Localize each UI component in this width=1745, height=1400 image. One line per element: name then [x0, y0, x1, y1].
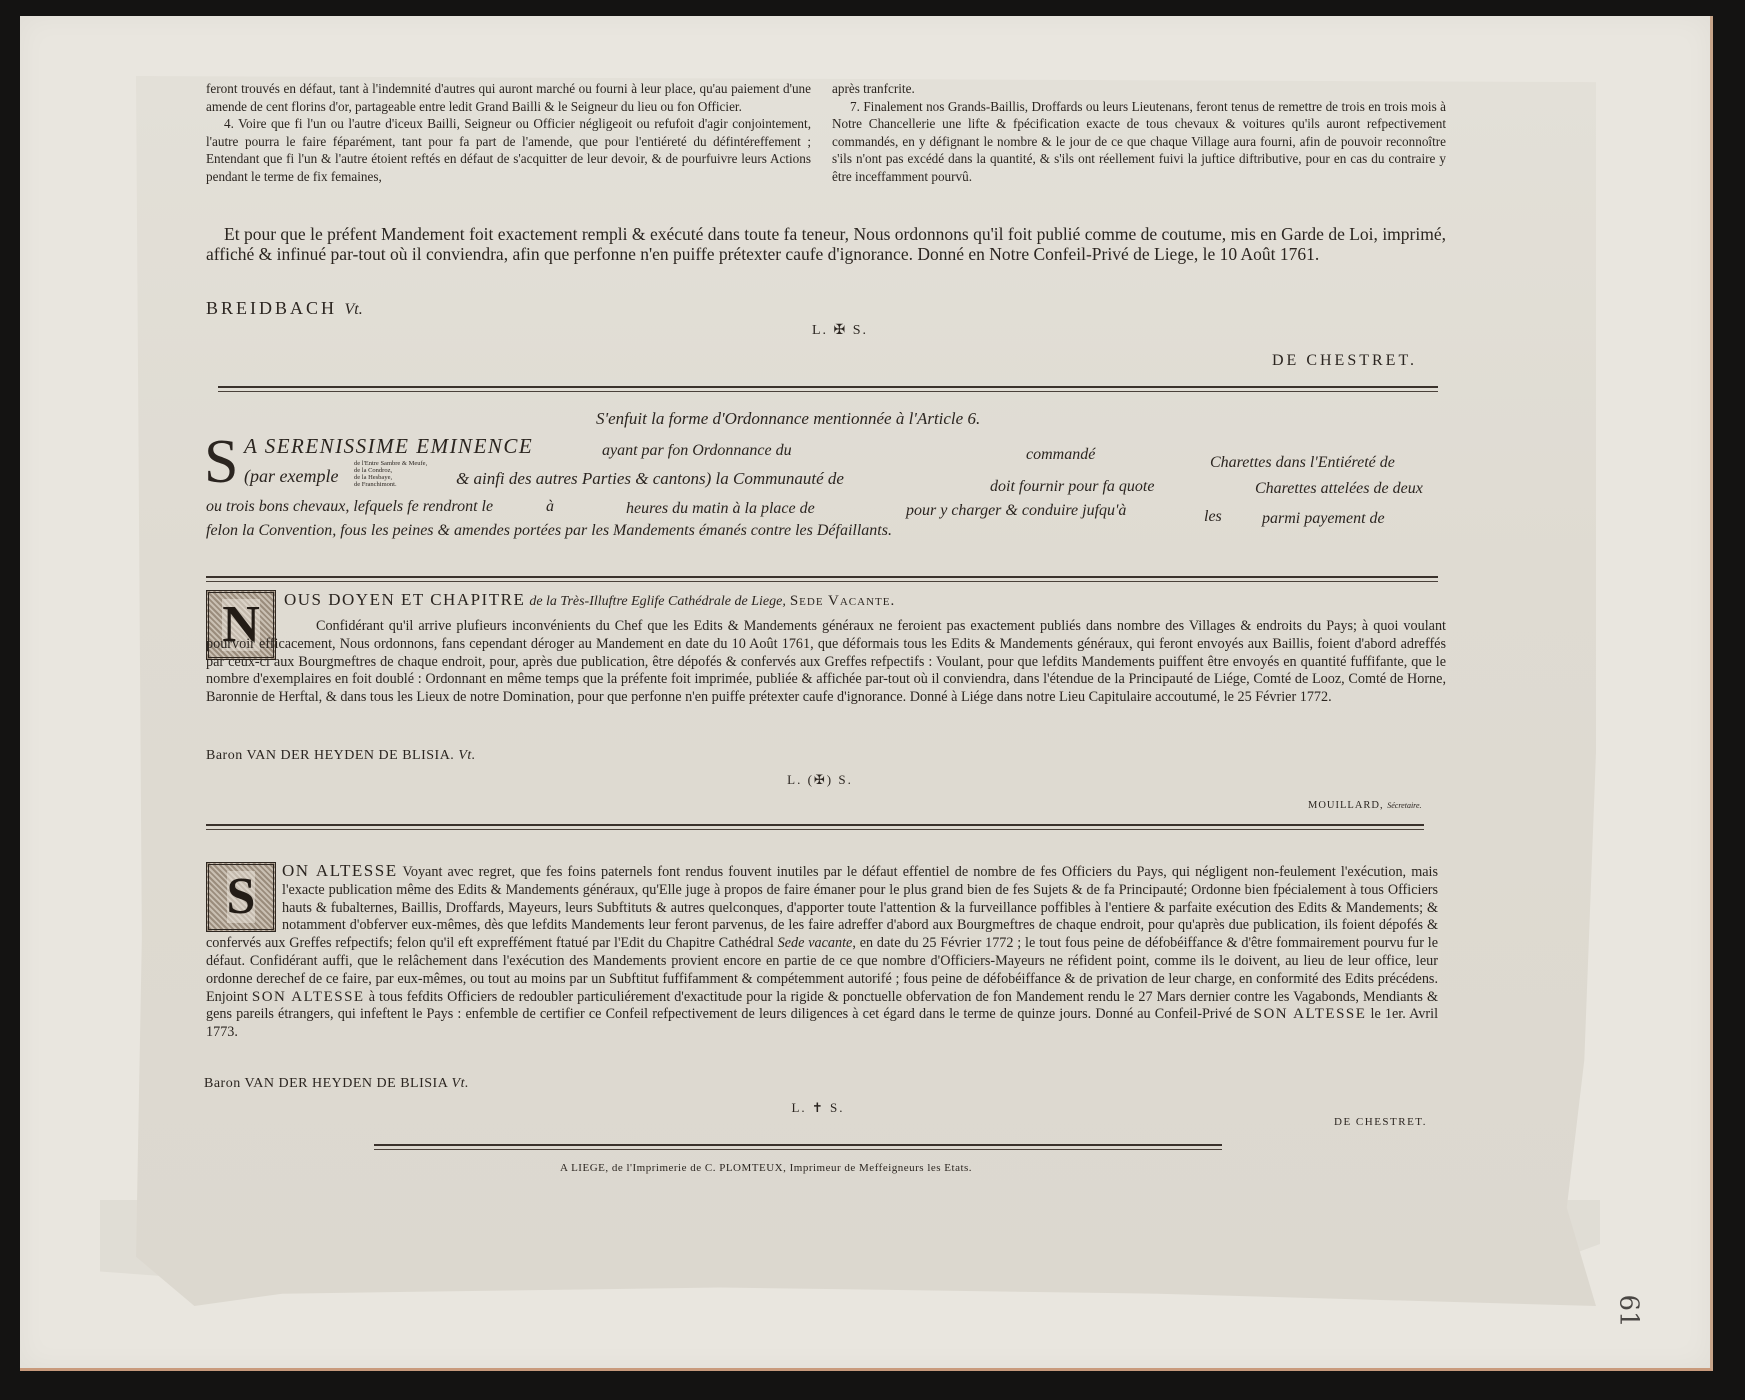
altesse-body: ON ALTESSE Voyant avec regret, que fes f… — [206, 862, 1438, 1042]
form-line3-c: heures du matin à la place de — [626, 498, 815, 519]
divider-3 — [206, 824, 1424, 826]
chapter-heading-caps: OUS DOYEN ET CHAPITRE — [284, 590, 525, 609]
closing-paragraph: Et pour que le préfent Mandement foit ex… — [206, 224, 1446, 264]
altesse-body-caps: SON ALTESSE — [252, 989, 365, 1005]
form-line3-d: pour y charger & conduire jufqu'à — [906, 500, 1126, 521]
altesse-signature-suffix: Vt. — [452, 1076, 469, 1091]
chapter-signature-left: Baron VAN DER HEYDEN DE BLISIA. Vt. — [206, 748, 476, 764]
region-example: de l'Entre Sambre & Meufe, — [354, 460, 427, 467]
altesse-body-italic: Sede vacante — [778, 935, 853, 951]
top-left-para-1: feront trouvés en défaut, tant à l'indem… — [206, 80, 811, 115]
form-line2-b: & ainfi des autres Parties & cantons) la… — [456, 468, 844, 489]
chapter-heading-italic: de la Très-Illuftre Eglife Cathédrale de… — [529, 594, 786, 609]
signature-name: BREIDBACH — [206, 298, 337, 318]
divider-2 — [206, 576, 1438, 578]
form-line2-a: (par exemple — [244, 466, 338, 487]
dropcap-spacer — [206, 862, 282, 932]
form-line1-d: Charettes dans l'Entiéreté de — [1210, 452, 1395, 473]
form-line3-e: les — [1204, 506, 1222, 527]
chapter-signature-right: MOUILLARD, Sécretaire. — [1308, 800, 1422, 811]
chapter-body-text: Confidérant qu'il arrive plufieurs incon… — [206, 618, 1446, 707]
form-line2-d: Charettes attelées de deux — [1255, 478, 1423, 499]
altesse-signature-right: DE CHESTRET. — [1334, 1116, 1427, 1128]
signature-breidbach: BREIDBACH Vt. — [206, 298, 363, 319]
altesse-signature-name: Baron VAN DER HEYDEN DE BLISIA — [204, 1076, 448, 1091]
divider-2b — [206, 581, 1438, 582]
region-examples: de l'Entre Sambre & Meufe, de la Condroz… — [354, 460, 427, 488]
divider-3b — [206, 829, 1424, 830]
top-right-para-1: après tranfcrite. — [832, 80, 1446, 98]
chapter-heading-sede-vacante: Sede Vacante. — [790, 593, 895, 609]
archive-pencil-number: 61 — [1614, 1294, 1644, 1327]
seal-3: L. ✝ S. — [758, 1100, 878, 1116]
region-example: de Franchimont. — [354, 481, 427, 488]
form-dropcap: S — [204, 434, 238, 490]
form-line1-b: ayant par fon Ordonnance du — [602, 440, 792, 461]
imprint-rule — [374, 1144, 1222, 1146]
divider-1b — [218, 391, 1438, 392]
signature-de-chestret-1: DE CHESTRET. — [1272, 352, 1417, 370]
imprint-rule-b — [374, 1149, 1222, 1150]
chapter-signature-suffix: Vt. — [458, 748, 475, 763]
chapter-signature-name: Baron VAN DER HEYDEN DE BLISIA. — [206, 748, 454, 763]
top-left-para-2: 4. Voire que fi l'un ou l'autre d'iceux … — [206, 115, 811, 185]
altesse-heading-caps: ON ALTESSE — [282, 861, 398, 880]
region-example: de la Hesbaye, — [354, 474, 427, 481]
form-line2-c: doit fournir pour fa quote — [990, 476, 1154, 497]
form-line3-b: à — [546, 496, 554, 517]
form-line3-f: parmi payement de — [1262, 508, 1385, 529]
mouillard-name: MOUILLARD, — [1308, 800, 1384, 811]
chapter-heading: OUS DOYEN ET CHAPITRE de la Très-Illuftr… — [284, 590, 895, 610]
divider-1 — [218, 386, 1438, 388]
signature-suffix: Vt. — [345, 301, 363, 318]
form-line1-c: commandé — [1026, 444, 1095, 465]
form-line3-a: ou trois bons chevaux, lefquels fe rendr… — [206, 496, 493, 517]
top-right-column: après tranfcrite. 7. Finalement nos Gran… — [832, 80, 1446, 185]
seal-2: L. (✠) S. — [760, 772, 880, 788]
form-line1-a: A SERENISSIME EMINENCE — [244, 436, 533, 457]
top-right-para-2: 7. Finalement nos Grands-Baillis, Droffa… — [832, 98, 1446, 186]
secretaire-title: Sécretaire. — [1387, 801, 1421, 810]
altesse-body-caps2: SON ALTESSE — [1254, 1006, 1367, 1022]
seal-1: L. ✠ S. — [780, 322, 900, 339]
region-example: de la Condroz, — [354, 467, 427, 474]
form-line4: felon la Convention, fous les peines & a… — [206, 520, 892, 541]
imprint-line: A LIEGE, de l'Imprimerie de C. PLOMTEUX,… — [560, 1162, 972, 1174]
chapter-body: Confidérant qu'il arrive plufieurs incon… — [206, 618, 1446, 707]
altesse-signature-left: Baron VAN DER HEYDEN DE BLISIA Vt. — [204, 1076, 469, 1092]
form-title: S'enfuit la forme d'Ordonnance mentionné… — [596, 408, 980, 429]
top-left-column: feront trouvés en défaut, tant à l'indem… — [206, 80, 811, 185]
